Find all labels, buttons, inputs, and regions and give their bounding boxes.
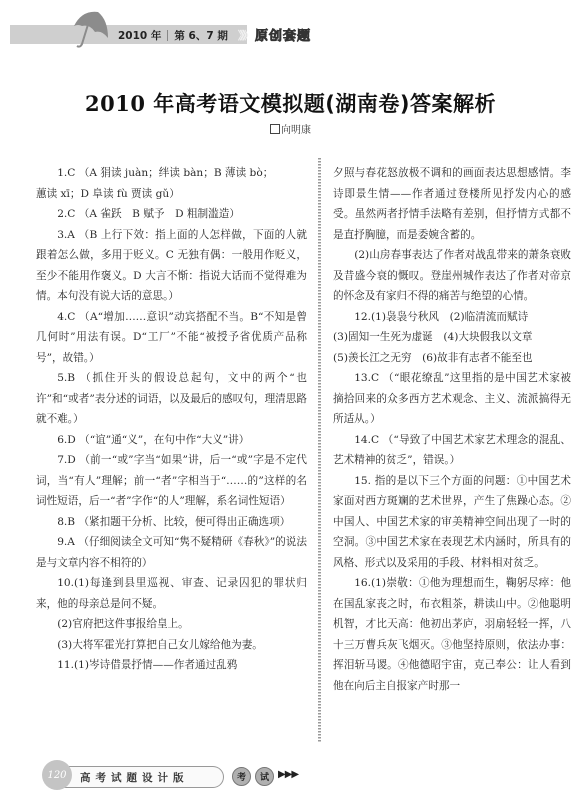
umbrella-icon [68,8,112,50]
title-text: 年高考语文模拟题(湖南卷)答案解析 [145,92,496,116]
section-title: 原创套题 [255,25,311,44]
answer-paragraph: 11.(1)岑诗借景抒情——作者通过乱鸦 [36,655,307,676]
issue-separator [167,30,168,41]
answer-paragraph: 3.A （B 上行下效：指上面的人怎样做，下面的人就跟着怎么做，多用于贬义。C … [36,225,307,307]
answer-paragraph: 16.(1)崇敬：①他为理想而生，鞠躬尽瘁：他在国乱家丧之时，布衣粗茶，耕读山中… [333,573,571,696]
publication-name: 高考试题设计版 [80,770,189,785]
answer-paragraph: (2)官府把这件事报给皇上。 [36,614,307,635]
answer-paragraph: 1.C （A 狷读 juàn；绊读 bàn；B 薄读 bò； [36,163,307,184]
answer-paragraph: (3)固知一生死为虚诞 (4)大块假我以文章 [333,327,571,348]
answer-paragraph: 13.C （“眼花缭乱”这里指的是中国艺术家被摘拾回来的众多西方艺术观念、主义、… [333,368,571,430]
answer-paragraph: 14.C （“导致了中国艺术家艺术理念的混乱、艺术精神的贫乏”，错误。） [333,430,571,471]
right-column: 夕照与春花怒放极不调和的画面表达思想感情。李诗即景生情——作者通过登楼所见抒发内… [333,163,571,696]
answer-paragraph: (3)大将军霍光打算把自己女儿嫁给他为妻。 [36,635,307,656]
left-column: 1.C （A 狷读 juàn；绊读 bàn；B 薄读 bò； 蕙读 xī；D 阜… [36,163,307,676]
answer-paragraph: 2.C （A 雀跃 B 赋予 D 粗制滥造） [36,204,307,225]
page-footer: 高考试题设计版 120 考 试 ▶▶▶ [42,760,312,790]
issue-number: 第 6、7 期 [174,28,227,43]
answer-paragraph: 蕙读 xī；D 阜读 fù 贾读 gǔ） [36,184,307,205]
page-title: 2010 年高考语文模拟题(湖南卷)答案解析 [0,88,581,118]
chevron-right-icon: 》》》 [238,27,251,43]
answer-paragraph: (5)羡长江之无穷 (6)故非有志者不能至也 [333,348,571,369]
badge-shi-icon: 试 [255,767,274,786]
author-name: 向明康 [281,125,311,136]
author-byline: 向明康 [0,121,581,136]
answer-paragraph: 10.(1)每逢到县里巡视、审查、记录囚犯的罪状归来，他的母亲总是问不疑。 [36,573,307,614]
author-box-icon [270,124,280,134]
answer-paragraph: 6.D （“谊”通“义”，在句中作“大义”讲） [36,430,307,451]
footer-band: 高考试题设计版 [64,766,224,788]
issue-year: 2010 年 [118,28,161,43]
arrow-right-icon: ▶▶▶ [278,769,298,780]
column-divider [318,158,321,743]
title-year: 2010 [85,91,145,116]
answer-paragraph: 15. 指的是以下三个方面的问题：①中国艺术家面对西方斑斓的艺术世界，产生了焦躁… [333,471,571,574]
answer-paragraph: 8.B （紧扣题干分析、比较，便可得出正确选项） [36,512,307,533]
answer-paragraph: 夕照与春花怒放极不调和的画面表达思想感情。李诗即景生情——作者通过登楼所见抒发内… [333,163,571,245]
answer-paragraph: 4.C （A“增加……意识”动宾搭配不当。B“不知是曾几何时”用法有误。D“工厂… [36,307,307,369]
answer-paragraph: (2)山房春事表达了作者对战乱带来的萧条衰败及昔盛今衰的慨叹。登崖州城作表达了作… [333,245,571,307]
answer-paragraph: 7.D （前一“或”字当“如果”讲，后一“或”字是不定代词，当“有人”理解；前一… [36,450,307,512]
answer-paragraph: 5.B （抓住开头的假设总起句，文中的两个“也许”和“或者”表分述的词语，以及最… [36,368,307,430]
issue-label: 2010 年 第 6、7 期 》》》 [118,27,251,43]
answer-paragraph: 9.A （仔细阅读全文可知“隽不疑精研《春秋》”的说法是与文章内容不相符的） [36,532,307,573]
badge-kao-icon: 考 [232,767,251,786]
page-number: 120 [42,760,72,790]
answer-paragraph: 12.(1)袅袅兮秋风 (2)临清流而赋诗 [333,307,571,328]
